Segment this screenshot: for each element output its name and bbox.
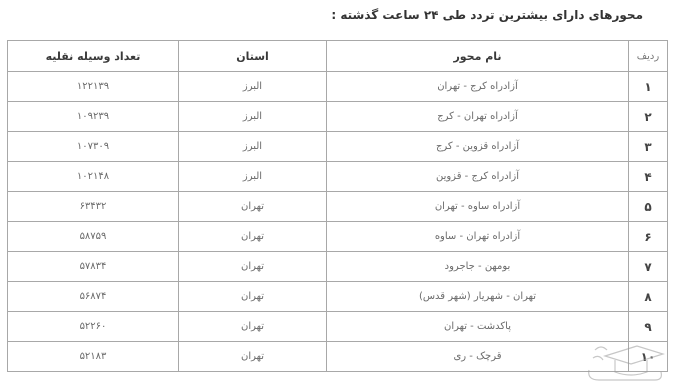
table-row: ۲ آزادراه تهران - کرج البرز ۱۰۹۲۳۹ — [8, 102, 668, 132]
table-row: ۷ بومهن - جاجرود تهران ۵۷۸۳۴ — [8, 252, 668, 282]
row-index: ۹ — [629, 312, 668, 342]
header-vehicle-count: تعداد وسیله نقلیه — [8, 41, 179, 72]
row-vehicle-count: ۱۲۲۱۳۹ — [8, 72, 179, 102]
row-province: البرز — [179, 72, 327, 102]
row-road-name: آزادراه کرج - قزوین — [327, 162, 629, 192]
row-vehicle-count: ۶۳۴۳۲ — [8, 192, 179, 222]
table-row: ۳ آزادراه قزوین - کرج البرز ۱۰۷۳۰۹ — [8, 132, 668, 162]
table-row: ۱ آزادراه کرج - تهران البرز ۱۲۲۱۳۹ — [8, 72, 668, 102]
row-province: تهران — [179, 222, 327, 252]
table-header-row: ردیف نام محور استان تعداد وسیله نقلیه — [8, 41, 668, 72]
row-index: ۵ — [629, 192, 668, 222]
table-row: ۵ آزادراه ساوه - تهران تهران ۶۳۴۳۲ — [8, 192, 668, 222]
header-province: استان — [179, 41, 327, 72]
row-province: البرز — [179, 102, 327, 132]
row-vehicle-count: ۱۰۲۱۴۸ — [8, 162, 179, 192]
row-road-name: آزادراه ساوه - تهران — [327, 192, 629, 222]
row-index: ۶ — [629, 222, 668, 252]
row-vehicle-count: ۵۶۸۷۴ — [8, 282, 179, 312]
row-road-name: آزادراه تهران - کرج — [327, 102, 629, 132]
row-road-name: آزادراه تهران - ساوه — [327, 222, 629, 252]
row-province: تهران — [179, 252, 327, 282]
row-province: تهران — [179, 312, 327, 342]
row-province: البرز — [179, 162, 327, 192]
row-index: ۱۰ — [629, 342, 668, 372]
row-index: ۳ — [629, 132, 668, 162]
row-vehicle-count: ۵۸۷۵۹ — [8, 222, 179, 252]
row-vehicle-count: ۵۲۱۸۳ — [8, 342, 179, 372]
row-index: ۷ — [629, 252, 668, 282]
row-road-name: آزادراه کرج - تهران — [327, 72, 629, 102]
row-index: ۱ — [629, 72, 668, 102]
table-row: ۸ تهران - شهریار (شهر قدس) تهران ۵۶۸۷۴ — [8, 282, 668, 312]
table-row: ۹ پاکدشت - تهران تهران ۵۲۲۶۰ — [8, 312, 668, 342]
row-road-name: قرچک - ری — [327, 342, 629, 372]
row-vehicle-count: ۱۰۹۲۳۹ — [8, 102, 179, 132]
header-road-name: نام محور — [327, 41, 629, 72]
header-index: ردیف — [629, 41, 668, 72]
row-road-name: پاکدشت - تهران — [327, 312, 629, 342]
table-row: ۱۰ قرچک - ری تهران ۵۲۱۸۳ — [8, 342, 668, 372]
row-vehicle-count: ۵۲۲۶۰ — [8, 312, 179, 342]
row-road-name: تهران - شهریار (شهر قدس) — [327, 282, 629, 312]
row-index: ۴ — [629, 162, 668, 192]
row-province: البرز — [179, 132, 327, 162]
row-province: تهران — [179, 282, 327, 312]
row-index: ۲ — [629, 102, 668, 132]
row-index: ۸ — [629, 282, 668, 312]
table-row: ۶ آزادراه تهران - ساوه تهران ۵۸۷۵۹ — [8, 222, 668, 252]
row-province: تهران — [179, 342, 327, 372]
row-road-name: بومهن - جاجرود — [327, 252, 629, 282]
row-vehicle-count: ۵۷۸۳۴ — [8, 252, 179, 282]
page-title: محورهای دارای بیشترین تردد طی ۲۴ ساعت گذ… — [331, 8, 643, 22]
row-province: تهران — [179, 192, 327, 222]
row-vehicle-count: ۱۰۷۳۰۹ — [8, 132, 179, 162]
traffic-table: ردیف نام محور استان تعداد وسیله نقلیه ۱ … — [7, 40, 668, 372]
table-row: ۴ آزادراه کرج - قزوین البرز ۱۰۲۱۴۸ — [8, 162, 668, 192]
row-road-name: آزادراه قزوین - کرج — [327, 132, 629, 162]
